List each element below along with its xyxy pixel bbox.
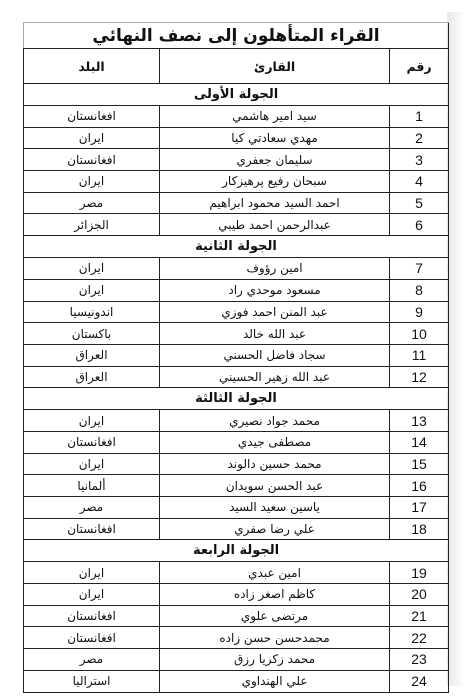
reader-name: عبد المنن احمد فوزي — [160, 301, 390, 323]
reader-name: مسعود موحدي راد — [160, 279, 390, 301]
reader-name: كاظم اصغر زاده — [160, 584, 390, 606]
reader-number: 13 — [390, 410, 449, 432]
reader-country: ايران — [24, 453, 160, 475]
table-row: 19امين عبديايران — [24, 562, 449, 584]
reader-country: افغانستان — [24, 149, 160, 171]
reader-number: 7 — [390, 258, 449, 280]
reader-country: مصر — [24, 649, 160, 671]
reader-name: سيد امير هاشمي — [160, 106, 390, 128]
reader-number: 9 — [390, 301, 449, 323]
table-row: 8مسعود موحدي رادايران — [24, 279, 449, 301]
round-group-row: الجولة الثالثة — [24, 388, 449, 410]
reader-name: محمد جواد نصيري — [160, 410, 390, 432]
reader-country: افغانستان — [24, 518, 160, 540]
reader-name: محمد حسين دالوند — [160, 453, 390, 475]
reader-name: عبد الحسن سويدان — [160, 475, 390, 497]
reader-name: سجاد فاضل الحسني — [160, 344, 390, 366]
table-title-row: القراء المتأهلون إلى نصف النهائي — [24, 23, 449, 49]
reader-name: سليمان جعفري — [160, 149, 390, 171]
reader-country: ايران — [24, 171, 160, 193]
reader-number: 10 — [390, 323, 449, 345]
reader-country: ألمانيا — [24, 475, 160, 497]
table-row: 17ياسين سعيد السيدمصر — [24, 497, 449, 519]
reader-number: 16 — [390, 475, 449, 497]
table-row: 12عبد الله زهير الحسينيالعراق — [24, 366, 449, 388]
table-row: 13محمد جواد نصيريايران — [24, 410, 449, 432]
table-title: القراء المتأهلون إلى نصف النهائي — [24, 23, 449, 49]
reader-number: 8 — [390, 279, 449, 301]
reader-name: محمد زكريا رزق — [160, 649, 390, 671]
table-row: 23محمد زكريا رزقمصر — [24, 649, 449, 671]
reader-name: عبد الله خالد — [160, 323, 390, 345]
reader-name: مصطفى جيدي — [160, 431, 390, 453]
reader-country: مصر — [24, 192, 160, 214]
table-row: 7امين رؤوفايران — [24, 258, 449, 280]
table-row: 15محمد حسين دالوندايران — [24, 453, 449, 475]
table-row: 3سليمان جعفريافغانستان — [24, 149, 449, 171]
reader-number: 5 — [390, 192, 449, 214]
reader-country: ايران — [24, 127, 160, 149]
reader-country: مصر — [24, 497, 160, 519]
reader-country: افغانستان — [24, 627, 160, 649]
qualified-readers-table: القراء المتأهلون إلى نصف النهائي رقم الق… — [23, 22, 449, 693]
reader-name: ياسين سعيد السيد — [160, 497, 390, 519]
reader-country: ايران — [24, 410, 160, 432]
reader-name: مرتضى علوي — [160, 605, 390, 627]
reader-name: علي رضا صفري — [160, 518, 390, 540]
reader-name: احمد السيد محمود ابراهيم — [160, 192, 390, 214]
reader-number: 2 — [390, 127, 449, 149]
reader-number: 23 — [390, 649, 449, 671]
reader-name: امين عبدي — [160, 562, 390, 584]
reader-number: 17 — [390, 497, 449, 519]
table-row: 18علي رضا صفريافغانستان — [24, 518, 449, 540]
header-reader: القارئ — [160, 49, 390, 84]
reader-country: الجزائر — [24, 214, 160, 236]
table-row: 20كاظم اصغر زادهايران — [24, 584, 449, 606]
reader-number: 11 — [390, 344, 449, 366]
reader-name: محمدحسن حسن زاده — [160, 627, 390, 649]
reader-number: 3 — [390, 149, 449, 171]
page-edge-shadow — [447, 12, 473, 686]
round-label: الجولة الثالثة — [24, 388, 449, 410]
table-row: 9عبد المنن احمد فوزياندونيسيا — [24, 301, 449, 323]
reader-country: افغانستان — [24, 106, 160, 128]
round-group-row: الجولة الثانية — [24, 236, 449, 258]
header-country: البلد — [24, 49, 160, 84]
reader-country: استراليا — [24, 670, 160, 692]
reader-number: 24 — [390, 670, 449, 692]
reader-number: 18 — [390, 518, 449, 540]
reader-name: مهدي سعادتي كيا — [160, 127, 390, 149]
reader-number: 21 — [390, 605, 449, 627]
reader-name: علي الهنداوي — [160, 670, 390, 692]
round-label: الجولة الثانية — [24, 236, 449, 258]
reader-country: ايران — [24, 279, 160, 301]
table-row: 5احمد السيد محمود ابراهيممصر — [24, 192, 449, 214]
reader-country: العراق — [24, 366, 160, 388]
table-row: 16عبد الحسن سويدانألمانيا — [24, 475, 449, 497]
table-row: 1سيد امير هاشميافغانستان — [24, 106, 449, 128]
round-group-row: الجولة الرابعة — [24, 540, 449, 562]
table-row: 10عبد الله خالدباكستان — [24, 323, 449, 345]
table-row: 14مصطفى جيديافغانستان — [24, 431, 449, 453]
reader-number: 1 — [390, 106, 449, 128]
table-row: 2مهدي سعادتي كياايران — [24, 127, 449, 149]
reader-number: 6 — [390, 214, 449, 236]
round-label: الجولة الرابعة — [24, 540, 449, 562]
reader-number: 14 — [390, 431, 449, 453]
reader-number: 4 — [390, 171, 449, 193]
reader-country: اندونيسيا — [24, 301, 160, 323]
table-row: 11سجاد فاضل الحسنيالعراق — [24, 344, 449, 366]
reader-country: افغانستان — [24, 431, 160, 453]
reader-country: ايران — [24, 562, 160, 584]
table-row: 24علي الهنداوياستراليا — [24, 670, 449, 692]
reader-country: افغانستان — [24, 605, 160, 627]
reader-number: 12 — [390, 366, 449, 388]
table-row: 22محمدحسن حسن زادهافغانستان — [24, 627, 449, 649]
reader-name: سبحان رفيع پرهيزكار — [160, 171, 390, 193]
reader-number: 19 — [390, 562, 449, 584]
reader-name: عبد الله زهير الحسيني — [160, 366, 390, 388]
reader-country: ايران — [24, 584, 160, 606]
header-number: رقم — [390, 49, 449, 84]
column-header-row: رقم القارئ البلد — [24, 49, 449, 84]
round-label: الجولة الأولى — [24, 84, 449, 106]
reader-number: 20 — [390, 584, 449, 606]
reader-name: امين رؤوف — [160, 258, 390, 280]
reader-country: العراق — [24, 344, 160, 366]
round-group-row: الجولة الأولى — [24, 84, 449, 106]
table-row: 6عبدالرحمن احمد طيبيالجزائر — [24, 214, 449, 236]
reader-number: 15 — [390, 453, 449, 475]
reader-country: باكستان — [24, 323, 160, 345]
reader-country: ايران — [24, 258, 160, 280]
reader-number: 22 — [390, 627, 449, 649]
reader-name: عبدالرحمن احمد طيبي — [160, 214, 390, 236]
table-row: 21مرتضى علويافغانستان — [24, 605, 449, 627]
table-row: 4سبحان رفيع پرهيزكارايران — [24, 171, 449, 193]
